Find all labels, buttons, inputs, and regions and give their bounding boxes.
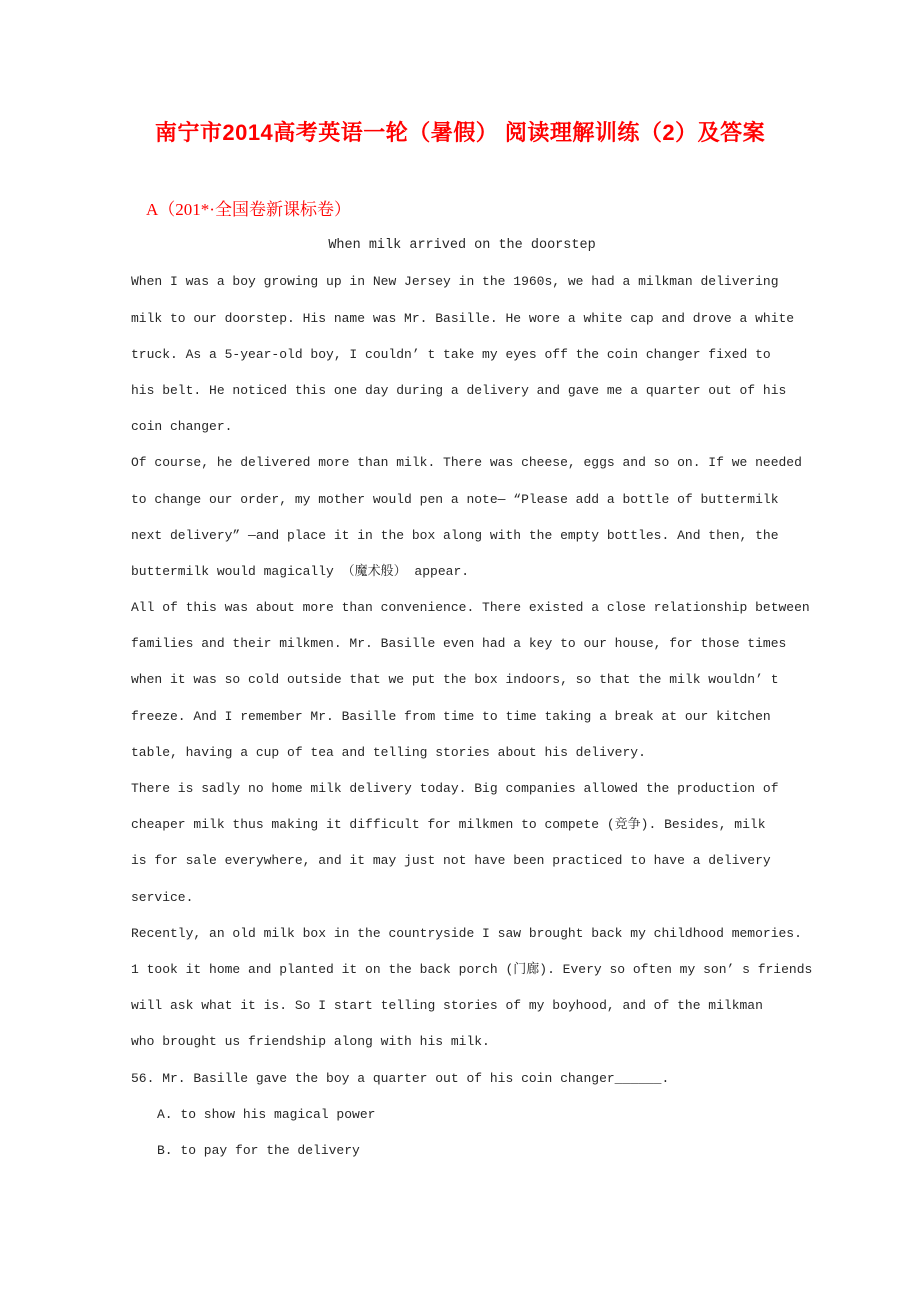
passage-line-p5: will ask what it is. So I start telling …	[131, 988, 793, 1024]
passage-line-p2: next delivery” —and place it in the box …	[131, 518, 793, 554]
passage-line-p3: All of this was about more than convenie…	[131, 590, 793, 626]
question-56-text: 56. Mr. Basille gave the boy a quarter o…	[131, 1061, 793, 1097]
passage-line-p1: his belt. He noticed this one day during…	[131, 373, 793, 409]
passage-line-p4: There is sadly no home milk delivery tod…	[131, 771, 793, 807]
section-label: A（201*·全国卷新课标卷）	[131, 192, 793, 228]
passage-line-p4: is for sale everywhere, and it may just …	[131, 843, 793, 879]
passage-line-p5: Recently, an old milk box in the country…	[131, 916, 793, 952]
document-body: A（201*·全国卷新课标卷） When milk arrived on the…	[131, 192, 793, 1169]
passage-line-p2: Of course, he delivered more than milk. …	[131, 445, 793, 481]
passage-line-p1: truck. As a 5-year-old boy, I couldn’ t …	[131, 337, 793, 373]
passage-line-p4: service.	[131, 880, 793, 916]
passage-line-p4: cheaper milk thus making it difficult fo…	[131, 807, 793, 843]
passage-line-p1: milk to our doorstep. His name was Mr. B…	[131, 301, 793, 337]
passage-line-p3: freeze. And I remember Mr. Basille from …	[131, 699, 793, 735]
passage-line-p5: who brought us friendship along with his…	[131, 1024, 793, 1060]
question-56-option-b: B. to pay for the delivery	[131, 1133, 793, 1169]
passage-line-p3: families and their milkmen. Mr. Basille …	[131, 626, 793, 662]
passage-line-p3: when it was so cold outside that we put …	[131, 662, 793, 698]
passage-heading: When milk arrived on the doorstep	[131, 228, 793, 264]
passage-line-p5: 1 took it home and planted it on the bac…	[131, 952, 793, 988]
passage-line-p2: buttermilk would magically （魔术般） appear.	[131, 554, 793, 590]
passage-paragraphs: When I was a boy growing up in New Jerse…	[131, 264, 793, 1060]
document-page: 南宁市2014高考英语一轮（暑假） 阅读理解训练（2）及答案 A（201*·全国…	[0, 0, 920, 1302]
passage-line-p1: When I was a boy growing up in New Jerse…	[131, 264, 793, 300]
passage-line-p3: table, having a cup of tea and telling s…	[131, 735, 793, 771]
document-title: 南宁市2014高考英语一轮（暑假） 阅读理解训练（2）及答案	[0, 116, 920, 150]
passage-line-p1: coin changer.	[131, 409, 793, 445]
question-56-option-a: A. to show his magical power	[131, 1097, 793, 1133]
passage-line-p2: to change our order, my mother would pen…	[131, 482, 793, 518]
